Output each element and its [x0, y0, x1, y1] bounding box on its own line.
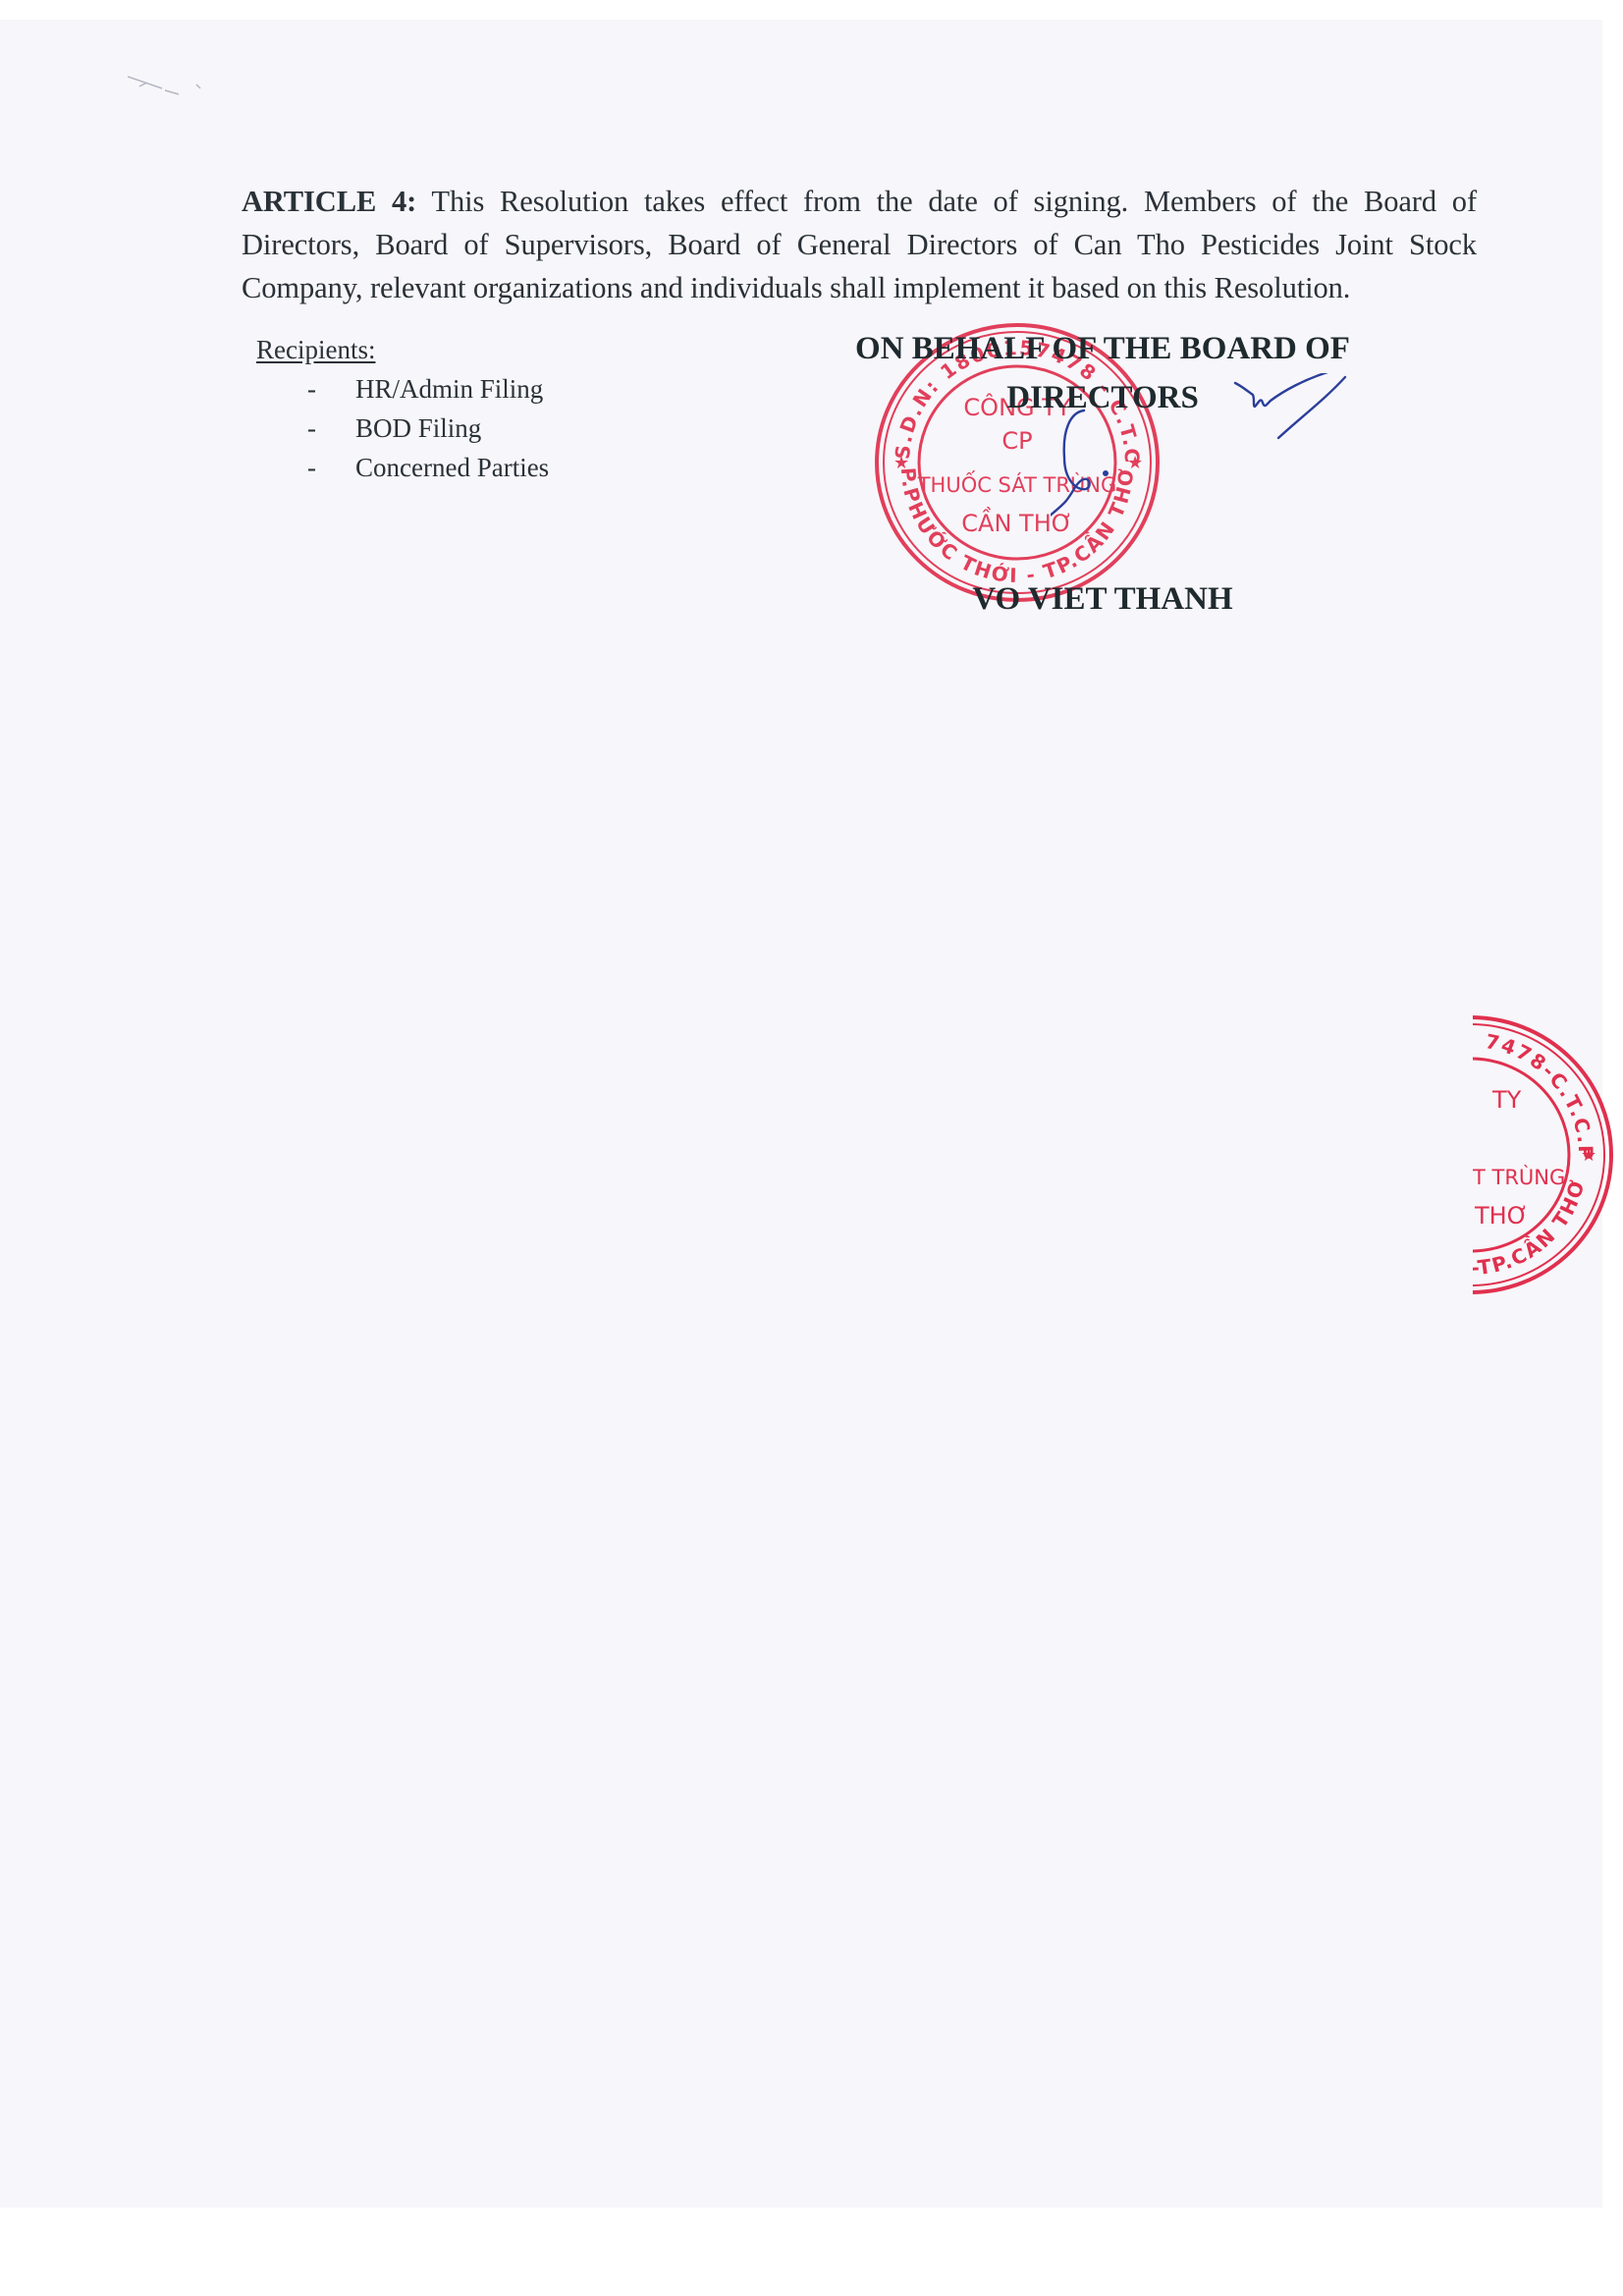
scan-artifact-mark	[128, 69, 216, 98]
article-body: This Resolution takes effect from the da…	[242, 185, 1477, 304]
edge-stamp-line-4: THƠ	[1474, 1202, 1529, 1230]
edge-stamp-line-3: T TRÙNG	[1473, 1165, 1565, 1189]
signature-title-line-1: ON BEHALF OF THE BOARD OF	[785, 324, 1420, 373]
recipients-label: Recipients:	[256, 330, 549, 369]
recipient-item: -BOD Filing	[256, 409, 549, 448]
stamp-center-line-2: CP	[1001, 427, 1032, 455]
article-4-paragraph: ARTICLE 4: This Resolution takes effect …	[242, 180, 1477, 309]
star-icon: ★	[1581, 1145, 1596, 1166]
recipients-list: -HR/Admin Filing -BOD Filing -Concerned …	[256, 369, 549, 487]
signer-name: VO VIET THANH	[785, 581, 1420, 618]
edge-stamp-line-1: TY	[1491, 1086, 1522, 1114]
recipients-block: Recipients: -HR/Admin Filing -BOD Filing…	[256, 330, 549, 487]
article-label: ARTICLE 4:	[242, 185, 416, 218]
bullet-dash: -	[307, 409, 316, 448]
recipient-item: -Concerned Parties	[256, 448, 549, 487]
edge-seal-stamp: 7478-C.T.C.P -TP.CẦN THƠ ★ TY T TRÙNG TH…	[1473, 1011, 1623, 1316]
bullet-dash: -	[307, 369, 316, 409]
handwritten-signature	[1051, 373, 1355, 570]
recipient-item: -HR/Admin Filing	[256, 369, 549, 409]
bullet-dash: -	[307, 448, 316, 487]
star-icon: ★	[893, 453, 909, 473]
